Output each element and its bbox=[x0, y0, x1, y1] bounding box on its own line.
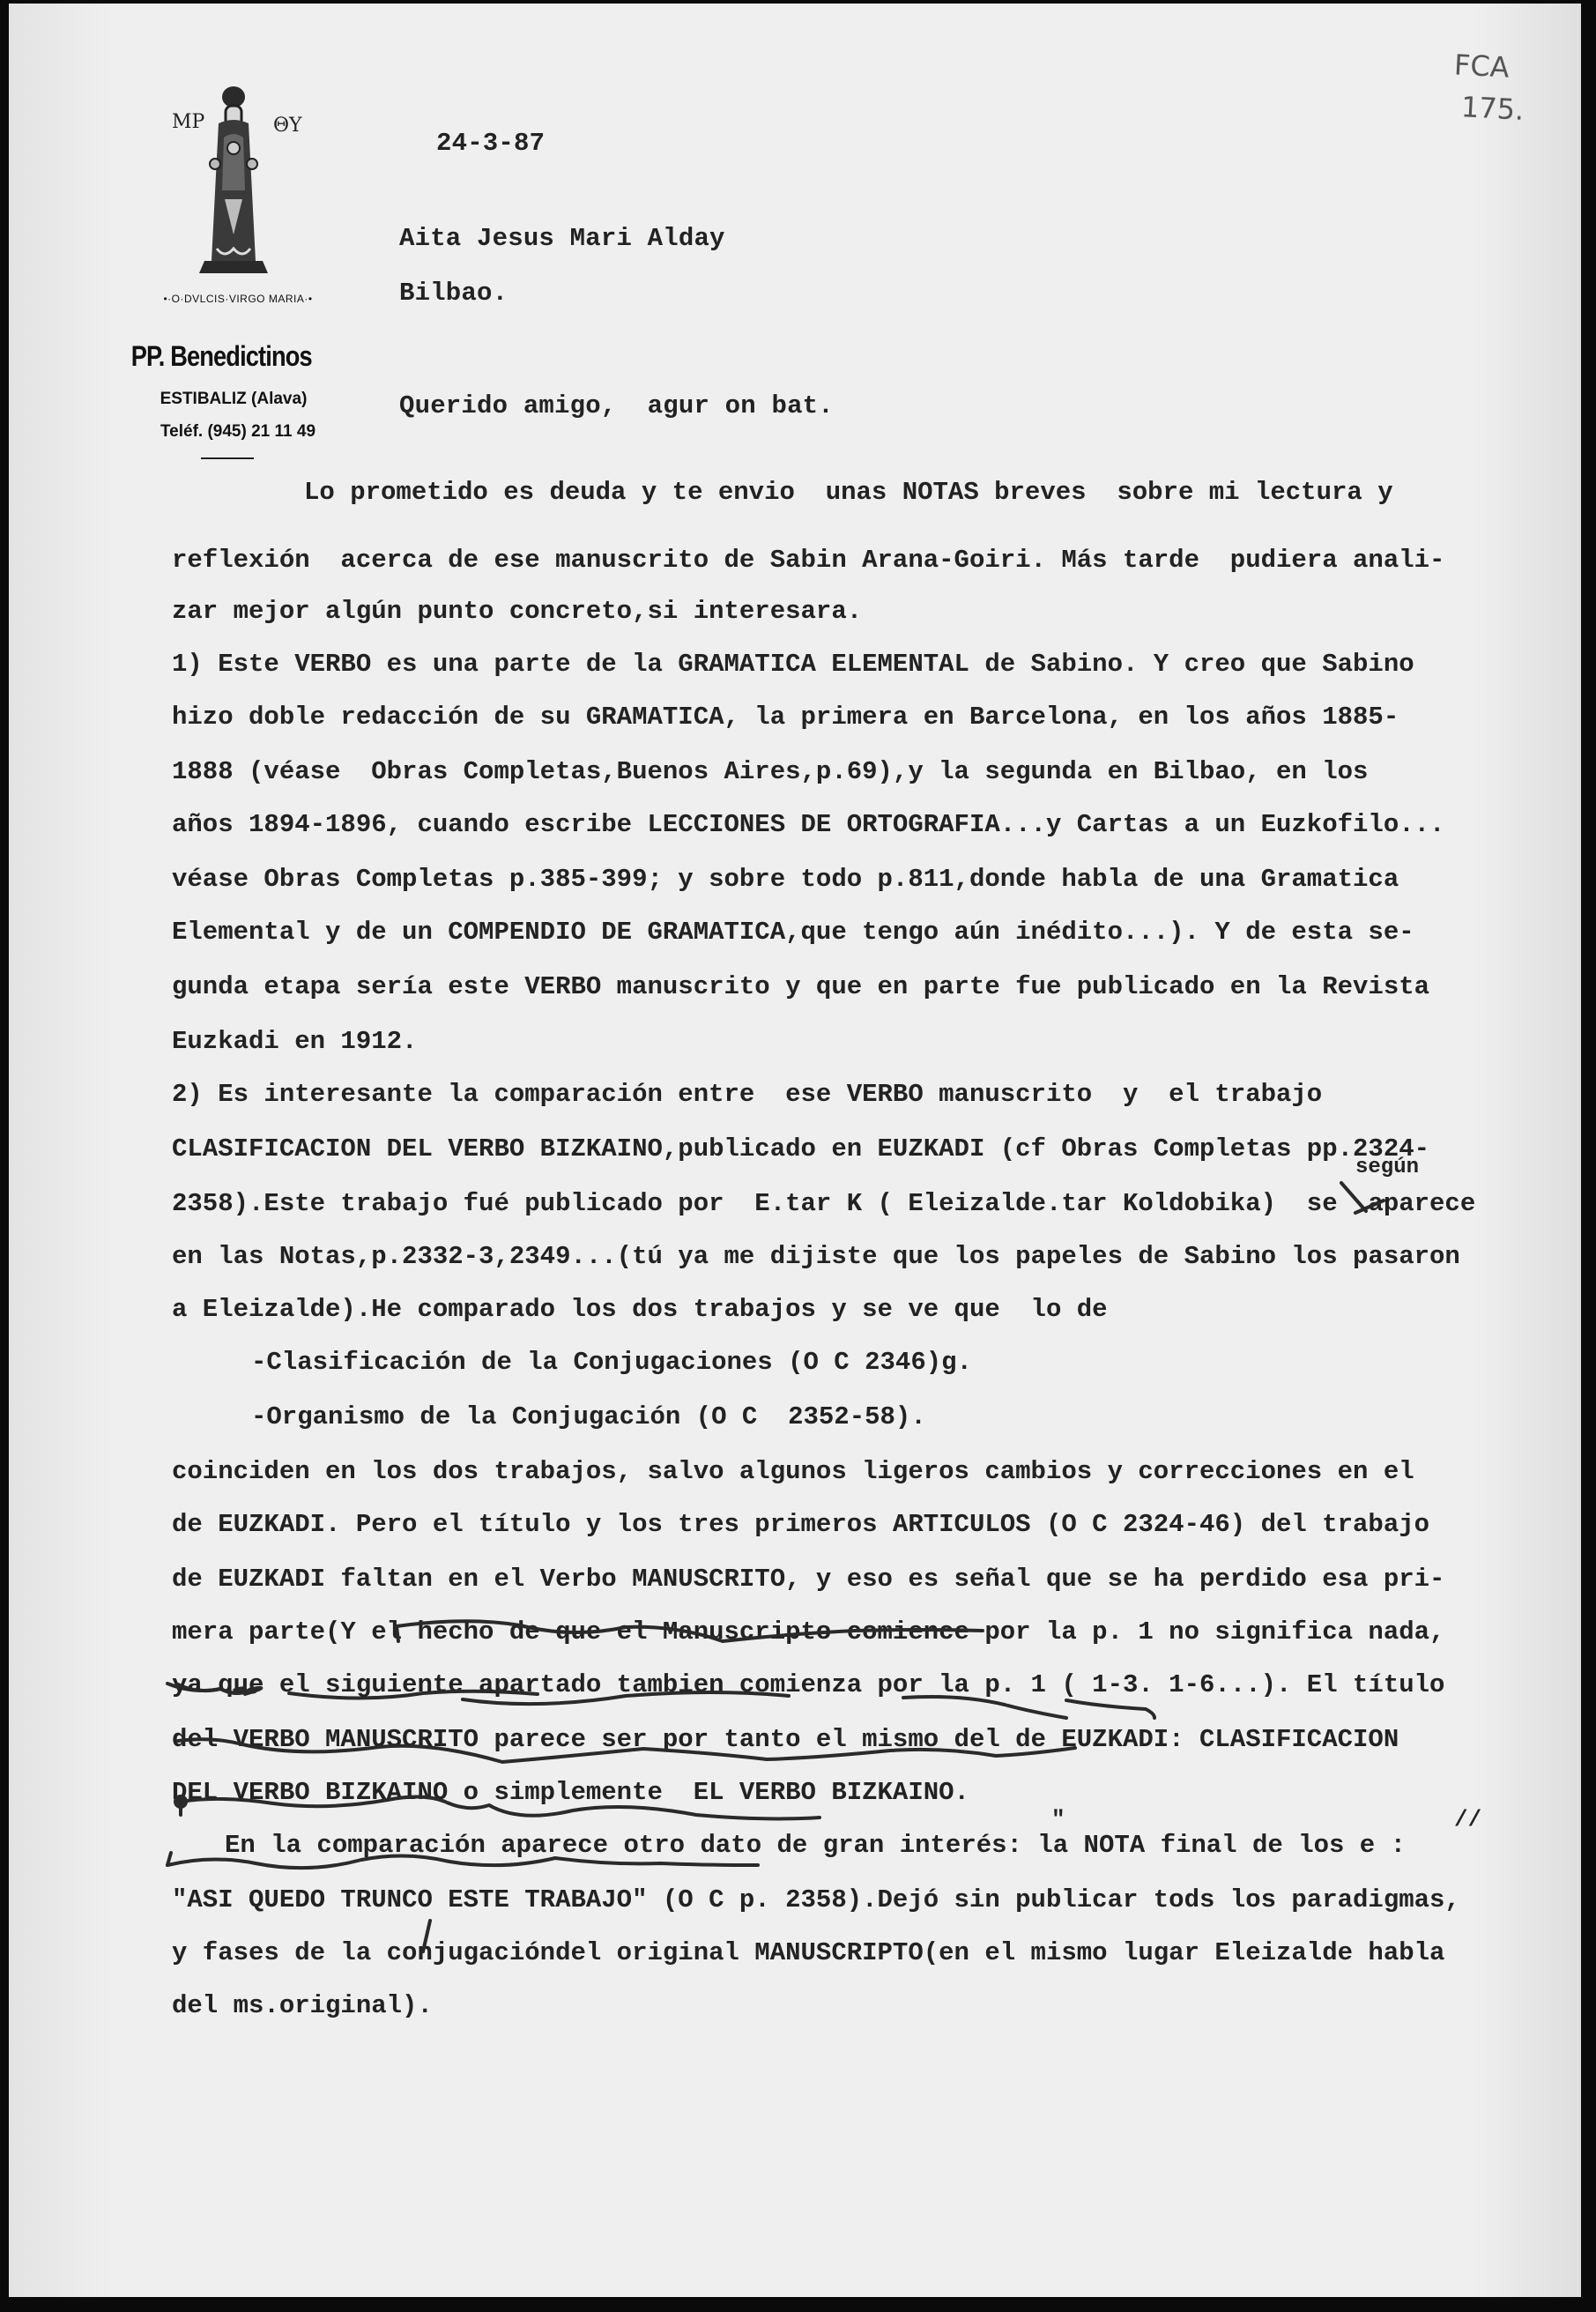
handwritten-underlines bbox=[9, 4, 1581, 2297]
letter-page: MP ΘY •·O·DVLCIS·VIRGO MARIA·• PP. Bened… bbox=[9, 4, 1581, 2297]
